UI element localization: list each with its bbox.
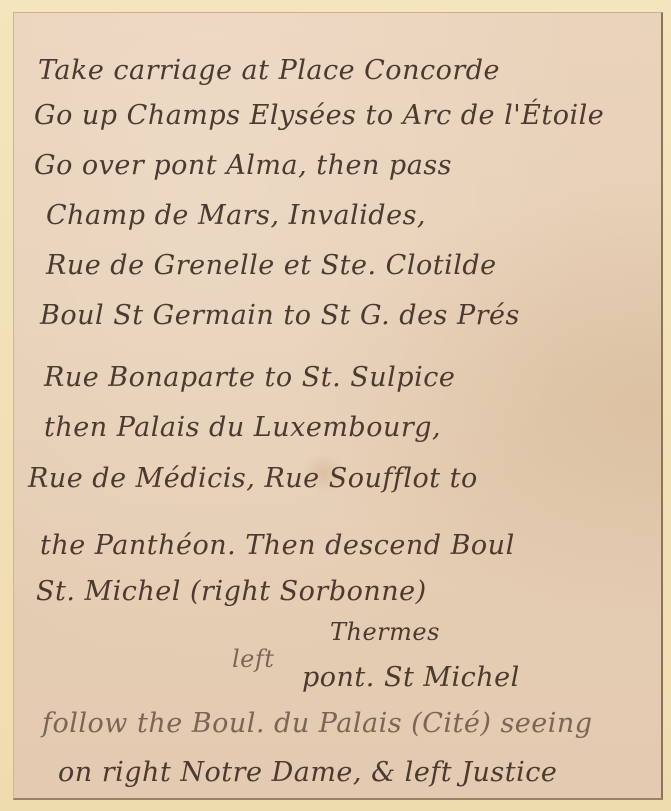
note-line-11: St. Michel (right Sorbonne) [36,576,427,607]
note-line-8: then Palais du Luxembourg, [44,412,441,443]
note-line-1: Take carriage at Place Concorde [38,55,500,86]
note-line-14: pont. St Michel [302,662,520,693]
note-line-4: Champ de Mars, Invalides, [46,200,426,231]
note-line-7: Rue Bonaparte to St. Sulpice [44,362,455,393]
note-line-13: left [232,645,274,673]
note-line-9: Rue de Médicis, Rue Soufflot to [28,463,478,494]
note-line-10: the Panthéon. Then descend Boul [40,530,515,561]
note-line-2: Go up Champs Elysées to Arc de l'Étoile [34,100,604,131]
note-line-6: Boul St Germain to St G. des Prés [40,300,520,331]
note-line-12: Thermes [330,618,440,646]
note-line-16: on right Notre Dame, & left Justice [58,757,557,788]
note-line-15: follow the Boul. du Palais (Cité) seeing [42,708,593,739]
note-line-5: Rue de Grenelle et Ste. Clotilde [46,250,497,281]
note-line-3: Go over pont Alma, then pass [34,150,452,181]
